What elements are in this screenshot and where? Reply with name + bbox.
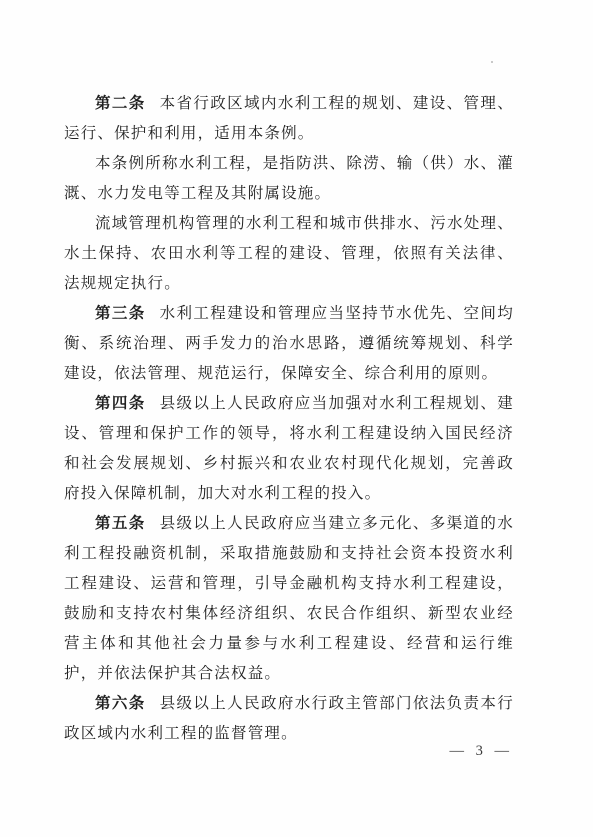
document-body: 第二条本省行政区域内水利工程的规划、建设、管理、运行、保护和利用，适用本条例。 …: [64, 89, 514, 749]
article-4-label: 第四条: [95, 395, 146, 412]
paragraph-article-2-clause-3: 流域管理机构管理的水利工程和城市供排水、污水处理、水土保持、农田水利等工程的建设…: [64, 209, 514, 299]
article-6-label: 第六条: [95, 695, 146, 712]
paragraph-article-3: 第三条水利工程建设和管理应当坚持节水优先、空间均衡、系统治理、两手发力的治水思路…: [64, 299, 514, 389]
document-page: 第二条本省行政区域内水利工程的规划、建设、管理、运行、保护和利用，适用本条例。 …: [0, 0, 593, 837]
scan-speck: [491, 61, 493, 63]
paragraph-article-2: 第二条本省行政区域内水利工程的规划、建设、管理、运行、保护和利用，适用本条例。: [64, 89, 514, 149]
page-number: — 3 —: [450, 743, 514, 760]
article-3-label: 第三条: [95, 305, 146, 322]
paragraph-article-5: 第五条县级以上人民政府应当建立多元化、多渠道的水利工程投融资机制，采取措施鼓励和…: [64, 509, 514, 689]
paragraph-article-2-clause-2: 本条例所称水利工程，是指防洪、除涝、输（供）水、灌溉、水力发电等工程及其附属设施…: [64, 149, 514, 209]
article-2-clause-2-text: 本条例所称水利工程，是指防洪、除涝、输（供）水、灌溉、水力发电等工程及其附属设施…: [64, 155, 514, 202]
article-5-label: 第五条: [95, 515, 146, 532]
article-2-label: 第二条: [95, 95, 146, 112]
article-2-clause-3-text: 流域管理机构管理的水利工程和城市供排水、污水处理、水土保持、农田水利等工程的建设…: [64, 215, 514, 292]
paragraph-article-4: 第四条县级以上人民政府应当加强对水利工程规划、建设、管理和保护工作的领导，将水利…: [64, 389, 514, 509]
article-5-text: 县级以上人民政府应当建立多元化、多渠道的水利工程投融资机制，采取措施鼓励和支持社…: [64, 515, 514, 682]
paragraph-article-6: 第六条县级以上人民政府水行政主管部门依法负责本行政区域内水利工程的监督管理。: [64, 689, 514, 749]
